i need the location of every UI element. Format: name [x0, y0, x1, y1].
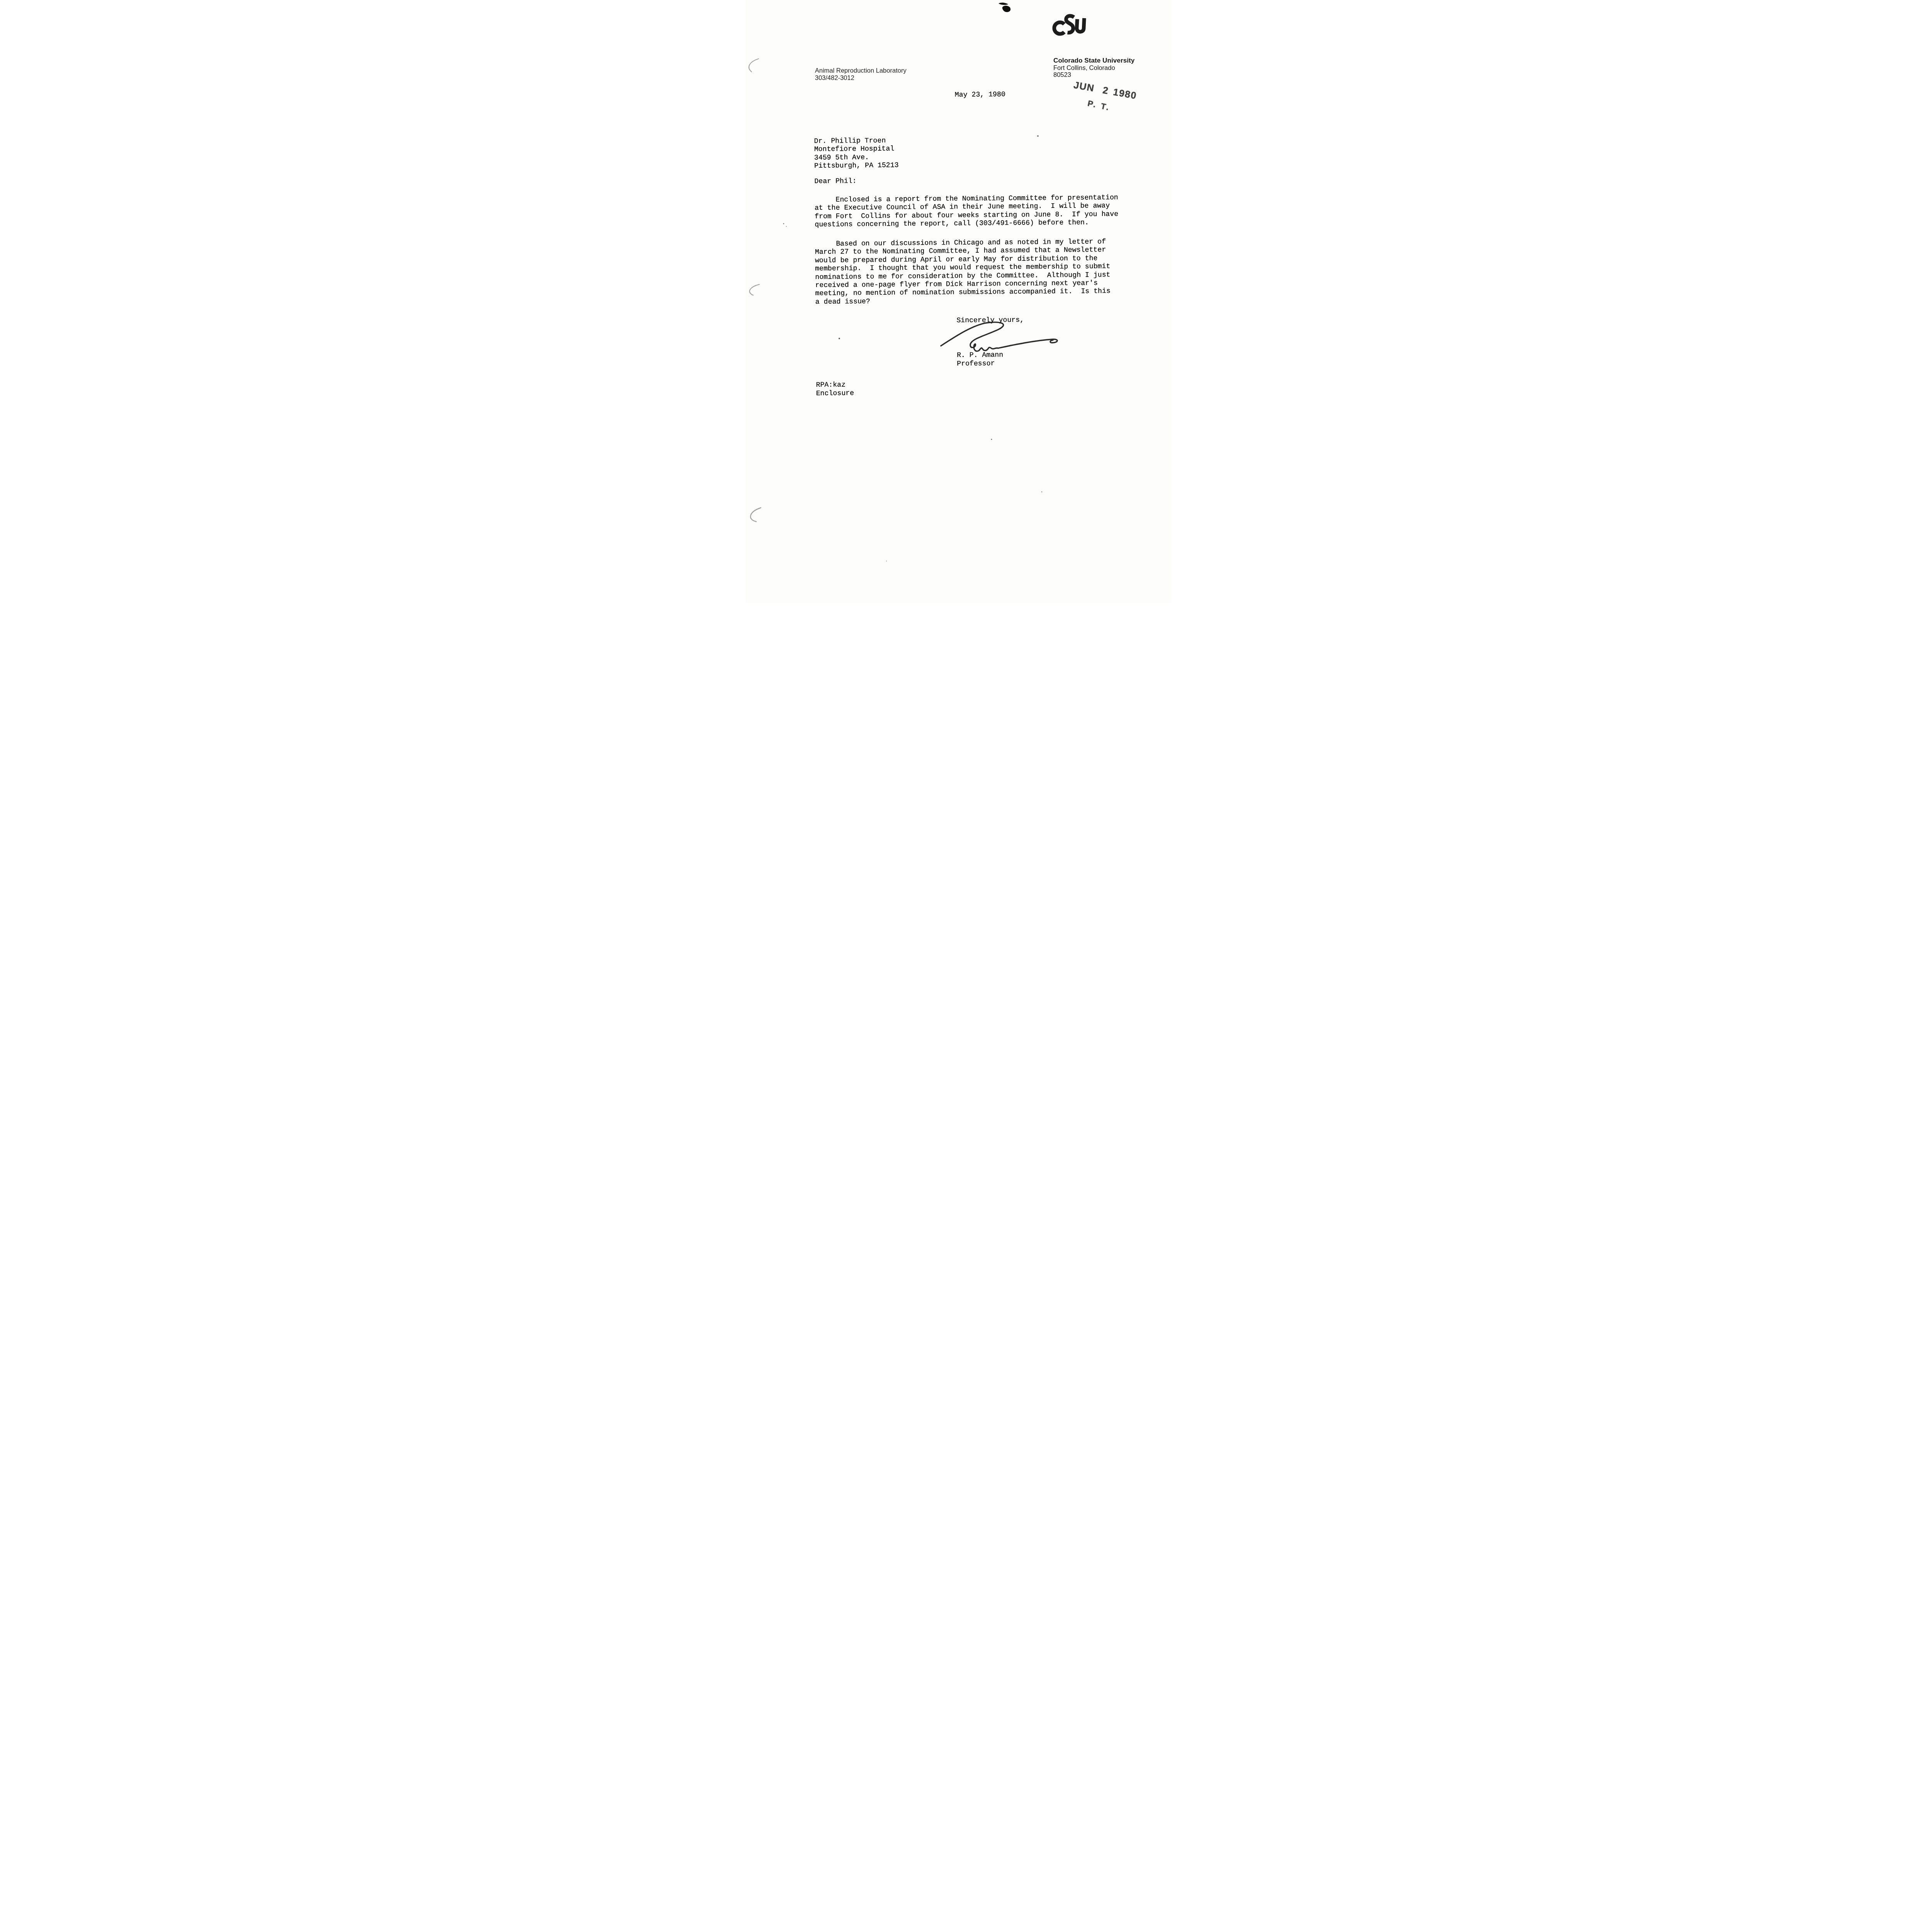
- recipient-line: Dr. Phillip Troen: [814, 137, 898, 146]
- scanned-letter-page: Colorado State University Fort Collins, …: [745, 0, 1172, 603]
- salutation: Dear Phil:: [814, 177, 856, 186]
- signer-title: Professor: [957, 360, 995, 368]
- body-paragraph-1: Enclosed is a report from the Nominating…: [815, 194, 1118, 230]
- typist-reference: RPA:kaz: [816, 381, 846, 389]
- handwritten-signature: [937, 318, 1068, 361]
- recipient-line: 3459 5th Ave.: [814, 153, 898, 162]
- enclosure-note: Enclosure: [816, 389, 854, 398]
- recipient-line: Pittsburgh, PA 15213: [814, 162, 898, 170]
- signature-stroke: [937, 318, 1068, 361]
- typed-content: May 23, 1980 Dr. Phillip Troen Montefior…: [745, 0, 1172, 603]
- letter-date: May 23, 1980: [955, 91, 1005, 99]
- recipient-address-block: Dr. Phillip Troen Montefiore Hospital 34…: [814, 137, 899, 170]
- recipient-line: Montefiore Hospital: [814, 145, 898, 154]
- body-paragraph-2: Based on our discussions in Chicago and …: [815, 238, 1111, 306]
